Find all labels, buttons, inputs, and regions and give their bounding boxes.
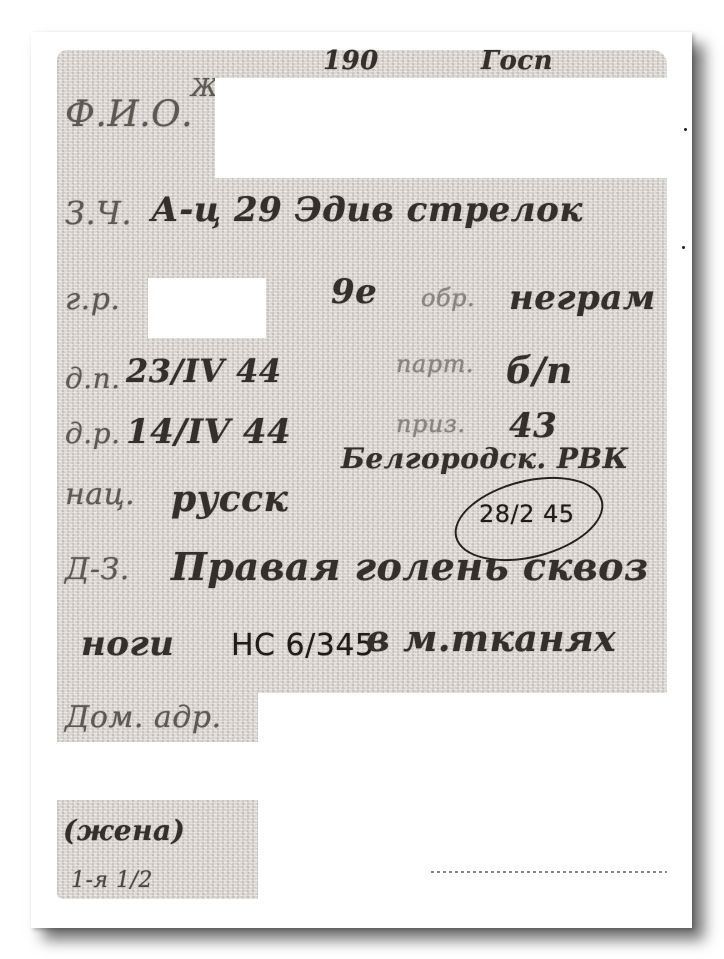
scanned-document-card: 190 Госп Ф.И.О. Ж З.Ч. А-ц 29 Эдив стрел… <box>31 32 692 928</box>
scan-edge-line <box>431 871 667 873</box>
wound-date: 14/IV 44 <box>126 412 291 452</box>
speck-mark <box>682 246 685 249</box>
circled-note-text: 28/2 45 <box>479 500 575 528</box>
diagnosis-value-2: ноги <box>81 624 174 664</box>
party-label: парт. <box>396 350 474 378</box>
draft-year: 43 <box>509 406 557 446</box>
diagnosis-value: Правая голень сквоз <box>171 544 649 589</box>
redaction-fio <box>215 78 667 178</box>
nationality-label: нац. <box>65 477 135 512</box>
education-value: неграм <box>509 278 656 318</box>
enter-date: 23/IV 44 <box>126 352 282 390</box>
party-value: б/п <box>506 350 573 392</box>
bottom-code: 1-я 1/2 <box>71 868 153 893</box>
birth-label: г.р. <box>65 282 120 317</box>
unit-value: А-ц 29 Эдив стрелок <box>151 190 583 230</box>
draft-place: Белгородск. РВК <box>341 442 629 475</box>
home-address-label: Дом. адр. <box>65 700 222 735</box>
unit-label: З.Ч. <box>65 194 132 232</box>
diagnosis-value-3: в м.тканях <box>366 618 616 660</box>
nationality-value: русск <box>171 478 288 520</box>
redaction-address-line-2 <box>57 742 258 800</box>
diagnosis-label: Д-З. <box>65 552 130 587</box>
wife-label: (жена) <box>63 814 185 847</box>
fio-label: Ф.И.О. <box>65 94 193 135</box>
redaction-birth-year <box>148 278 266 338</box>
education-label: обр. <box>421 284 475 312</box>
draft-label: приз. <box>396 410 466 438</box>
wound-date-label: д.р. <box>65 417 120 450</box>
header-hospital: Госп <box>481 46 553 76</box>
grade-value: 9е <box>331 272 377 312</box>
speck-mark <box>684 128 687 131</box>
diagnosis-code: НС 6/345 <box>231 628 375 663</box>
enter-label: д.п. <box>65 362 121 395</box>
header-number: 190 <box>323 46 379 76</box>
